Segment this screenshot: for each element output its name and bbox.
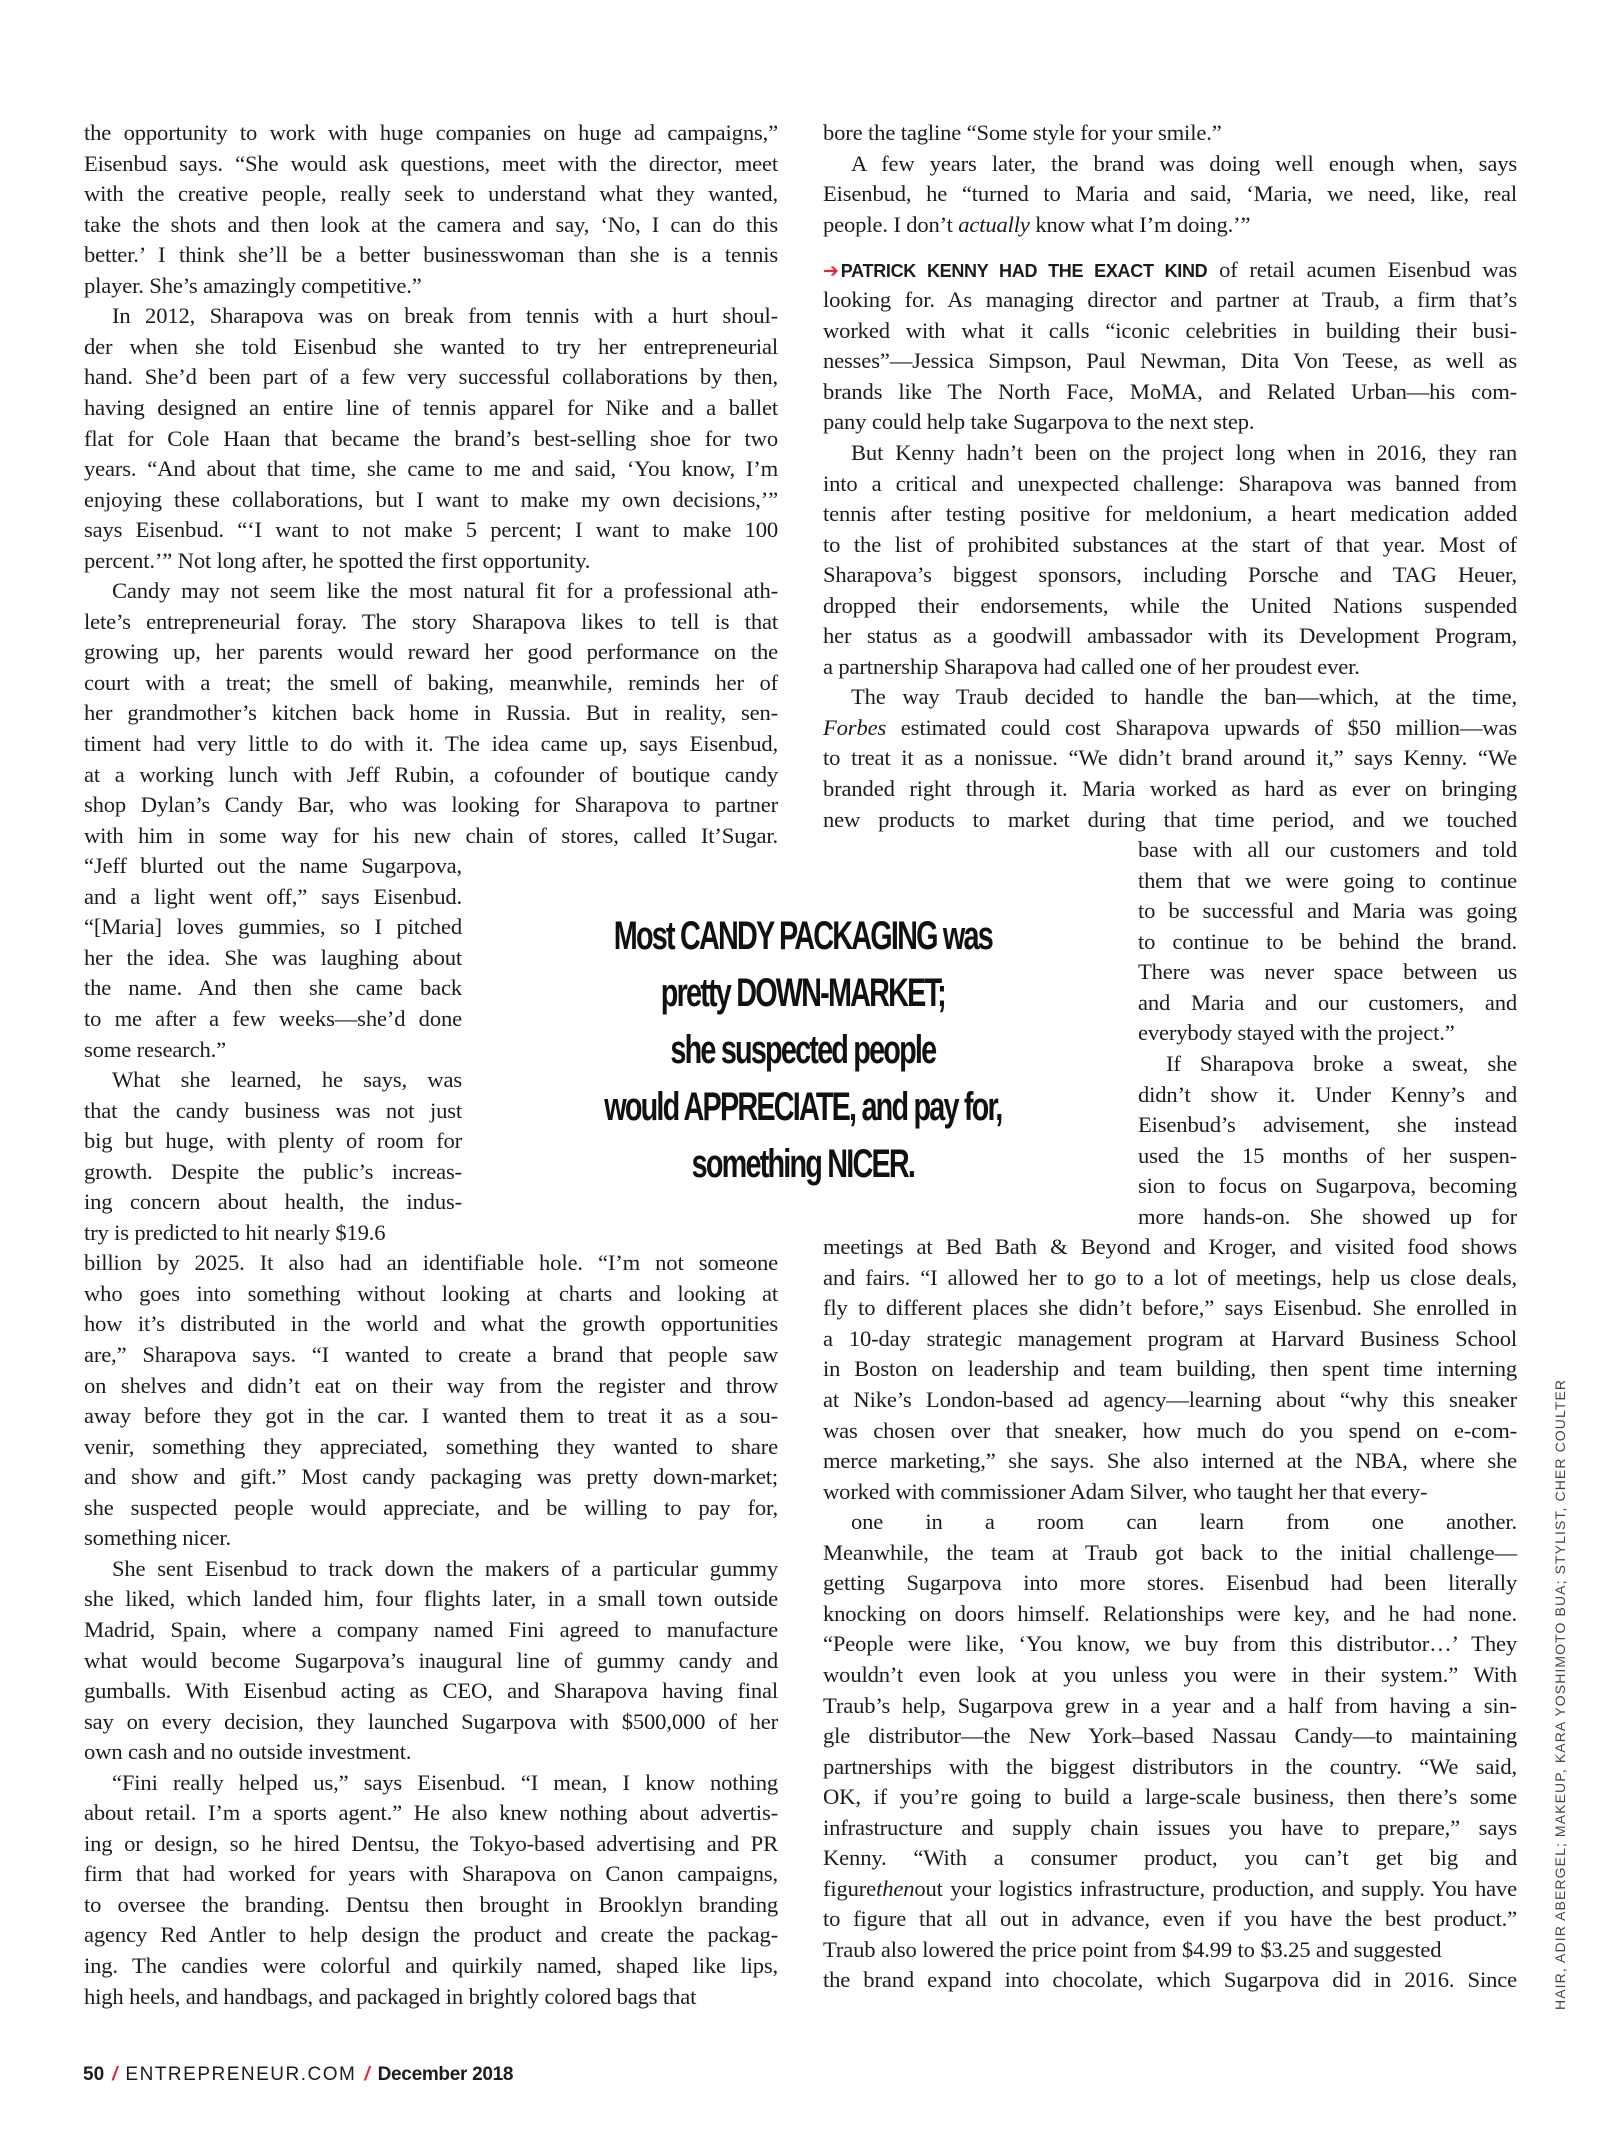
text-line: people. I don’t actually know what I’m d… [823,209,1517,240]
text-line: venir, something they appreciated, somet… [84,1431,778,1462]
text-line: Eisenbud says. “She would ask questions,… [84,148,778,179]
issue-date: December 2018 [378,2064,514,2085]
text-line: wouldn’t even look at you unless you wer… [823,1659,1517,1690]
text-line: worked with what it calls “iconic celebr… [823,315,1517,346]
text-line: at a working lunch with Jeff Rubin, a co… [84,759,778,790]
text-line: fly to different places she didn’t befor… [823,1292,1517,1323]
text-span: people. I don’t [823,212,958,237]
text-line: infrastructure and supply chain issues y… [823,1812,1517,1843]
text-line: branded right through it. Maria worked a… [823,773,1517,804]
italic-text: Forbes [823,715,886,740]
text-line: on shelves and didn’t eat on their way f… [84,1370,778,1401]
text-line: pany could help take Sugarpova to the ne… [823,406,1517,437]
pull-quote-line: she suspected people [580,1022,1026,1079]
text-line: big but huge, with plenty of room for [84,1125,462,1156]
text-line: gle distributor—the New York–based Nassa… [823,1720,1517,1751]
text-line: “[Maria] loves gummies, so I pitched [84,911,462,942]
text-line: “Jeff blurted out the name Sugarpova, [84,850,462,881]
text-line: everybody stayed with the project.” [1138,1017,1517,1048]
text-line: looking for. As managing director and pa… [823,284,1517,315]
text-line: brands like The North Face, MoMA, and Re… [823,376,1517,407]
text-line: her grandmother’s kitchen back home in R… [84,697,778,728]
text-line: hand. She’d been part of a few very succ… [84,361,778,392]
text-line: Meanwhile, the team at Traub got back to… [823,1537,1517,1568]
text-line: Traub’s help, Sugarpova grew in a year a… [823,1690,1517,1721]
text-line: with him in some way for his new chain o… [84,820,778,851]
text-line: and Maria and our customers, and [1138,987,1517,1018]
text-line: If Sharapova broke a sweat, she [1138,1048,1517,1079]
text-line: to figure that all out in advance, even … [823,1903,1517,1934]
text-line: her status as a goodwill ambassador with… [823,620,1517,651]
text-line: Forbes estimated could cost Sharapova up… [823,712,1517,743]
text-line: and fairs. “I allowed her to go to a lot… [823,1262,1517,1293]
text-line: OK, if you’re going to build a large-sca… [823,1781,1517,1812]
text-line: more hands-on. She showed up for [1138,1201,1517,1232]
lead-in-caps: PATRICK KENNY HAD THE EXACT KIND [841,261,1208,281]
text-line: with the creative people, really seek to… [84,178,778,209]
text-line: Sharapova’s biggest sponsors, including … [823,559,1517,590]
text-line: the brand expand into chocolate, which S… [823,1964,1517,1995]
text-line: and a light went off,” says Eisenbud. [84,881,462,912]
text-line: Candy may not seem like the most natural… [84,575,778,606]
text-line: a 10-day strategic management program at… [823,1323,1517,1354]
pull-quote-line: pretty DOWN-MARKET; [580,965,1026,1022]
lead-in-rest: of retail acumen Eisenbud was [1207,257,1517,282]
slash-divider-icon: / [364,2064,369,2085]
text-line: The way Traub decided to handle the ban—… [823,681,1517,712]
text-line: figurethenout your logistics infrastruct… [823,1873,1517,1904]
photo-credit: HAIR, ADIR ABERGEL; MAKEUP, KARA YOSHIMO… [1552,1340,1568,2010]
text-line: partnerships with the biggest distributo… [823,1751,1517,1782]
text-line: better.’ I think she’ll be a better busi… [84,239,778,270]
text-line: billion by 2025. It also had an identifi… [84,1247,778,1278]
text-line: lete’s entrepreneurial foray. The story … [84,606,778,637]
text-line: gumballs. With Eisenbud acting as CEO, a… [84,1675,778,1706]
text-line: flat for Cole Haan that became the brand… [84,423,778,454]
text-line: away before they got in the car. I wante… [84,1400,778,1431]
text-line: merce marketing,” she says. She also int… [823,1445,1517,1476]
pull-quote-line: something NICER. [580,1136,1026,1193]
text-line: Eisenbud’s advisement, she instead [1138,1109,1517,1140]
text-line: bore the tagline “Some style for your sm… [823,117,1517,148]
slash-divider-icon: / [112,2064,117,2085]
text-line: firm that had worked for years with Shar… [84,1858,778,1889]
text-line: used the 15 months of her suspen- [1138,1140,1517,1171]
text-span: out your logistics infrastructure, produ… [914,1876,1517,1901]
text-line: There was never space between us [1138,956,1517,987]
pull-quote-line: Most CANDY PACKAGING was [580,908,1026,965]
text-line: What she learned, he says, was [84,1064,462,1095]
text-line: “Fini really helped us,” says Eisenbud. … [84,1767,778,1798]
text-line: But Kenny hadn’t been on the project lon… [823,437,1517,468]
text-line: Kenny. “With a consumer product, you can… [823,1842,1517,1873]
pull-quote-line: would APPRECIATE, and pay for, [580,1079,1026,1136]
text-line: base with all our customers and told [1138,834,1517,865]
text-line: enjoying these collaborations, but I wan… [84,484,778,515]
text-line: some research.” [84,1034,462,1065]
text-line: shop Dylan’s Candy Bar, who was looking … [84,789,778,820]
text-line: “People were like, ‘You know, we buy fro… [823,1628,1517,1659]
page-footer: 50/ENTREPRENEUR.COM/December 2018 [83,2064,513,2086]
text-line: to be successful and Maria was going [1138,895,1517,926]
text-line: about retail. I’m a sports agent.” He al… [84,1797,778,1828]
text-line: to treat it as a nonissue. “We didn’t br… [823,742,1517,773]
text-line: Madrid, Spain, where a company named Fin… [84,1614,778,1645]
text-line: having designed an entire line of tennis… [84,392,778,423]
text-line: years. “And about that time, she came to… [84,453,778,484]
text-span: know what I’m doing.’” [1030,212,1251,237]
text-line: Traub also lowered the price point from … [823,1934,1517,1965]
text-line: she liked, which landed him, four flight… [84,1583,778,1614]
text-line: a partnership Sharapova had called one o… [823,651,1517,682]
pull-quote: Most CANDY PACKAGING was pretty DOWN-MAR… [642,908,962,1193]
text-line: getting Sugarpova into more stores. Eise… [823,1567,1517,1598]
text-line: court with a treat; the smell of baking,… [84,667,778,698]
text-line: ing or design, so he hired Dentsu, the T… [84,1828,778,1859]
section-lead-in: ➔PATRICK KENNY HAD THE EXACT KIND of ret… [823,254,1517,285]
text-line: own cash and no outside investment. [84,1736,778,1767]
arrow-right-icon: ➔ [823,260,839,282]
text-line: into a critical and unexpected challenge… [823,468,1517,499]
text-line: the name. And then she came back [84,972,462,1003]
text-line: the opportunity to work with huge compan… [84,117,778,148]
text-span: figure [823,1876,876,1901]
site-link[interactable]: ENTREPRENEUR.COM [125,2064,356,2085]
text-line: ing concern about health, the indus- [84,1186,462,1217]
text-line: A few years later, the brand was doing w… [823,148,1517,179]
italic-text: then [876,1876,914,1901]
text-line: them that we were going to continue [1138,865,1517,896]
text-line: that the candy business was not just [84,1095,462,1126]
text-line: are,” Sharapova says. “I wanted to creat… [84,1339,778,1370]
text-line: high heels, and handbags, and packaged i… [84,1981,778,2012]
text-line: was chosen over that sneaker, how much d… [823,1415,1517,1446]
text-line: to the list of prohibited substances at … [823,529,1517,560]
text-line: percent.’” Not long after, he spotted th… [84,545,778,576]
text-span: estimated could cost Sharapova upwards o… [886,715,1517,740]
text-line: she suspected people would appreciate, a… [84,1492,778,1523]
text-line: She sent Eisenbud to track down the make… [84,1553,778,1584]
text-line: at Nike’s London-based ad agency—learnin… [823,1384,1517,1415]
text-line: Eisenbud, he “turned to Maria and said, … [823,178,1517,209]
text-line: her the idea. She was laughing about [84,942,462,973]
text-line: in Boston on leadership and team buildin… [823,1353,1517,1384]
text-line: player. She’s amazingly competitive.” [84,270,778,301]
text-line: to continue to be behind the brand. [1138,926,1517,957]
text-line: growth. Despite the public’s increas- [84,1156,462,1187]
text-line: take the shots and then look at the came… [84,209,778,240]
text-line: say on every decision, they launched Sug… [84,1706,778,1737]
text-line: how it’s distributed in the world and wh… [84,1308,778,1339]
text-line: something nicer. [84,1522,778,1553]
text-line: timent had very little to do with it. Th… [84,728,778,759]
text-line: In 2012, Sharapova was on break from ten… [84,300,778,331]
text-line: to oversee the branding. Dentsu then bro… [84,1889,778,1920]
text-line: growing up, her parents would reward her… [84,636,778,667]
text-line: worked with commissioner Adam Silver, wh… [823,1476,1517,1507]
text-line: meetings at Bed Bath & Beyond and Kroger… [823,1231,1517,1262]
text-line: says Eisenbud. “‘I want to not make 5 pe… [84,514,778,545]
text-line: one in a room can learn from one another… [823,1506,1517,1537]
text-line: nesses”—Jessica Simpson, Paul Newman, Di… [823,345,1517,376]
text-line: try is predicted to hit nearly $19.6 [84,1217,462,1248]
text-line: agency Red Antler to help design the pro… [84,1919,778,1950]
text-line: dropped their endorsements, while the Un… [823,590,1517,621]
text-line: sion to focus on Sugarpova, becoming [1138,1170,1517,1201]
text-line: to me after a few weeks—she’d done [84,1003,462,1034]
page-number: 50 [83,2064,104,2085]
text-line: who goes into something without looking … [84,1278,778,1309]
text-line: and show and gift.” Most candy packaging… [84,1461,778,1492]
text-line: tennis after testing positive for meldon… [823,498,1517,529]
text-line: what would become Sugarpova’s inaugural … [84,1645,778,1676]
italic-text: actually [958,212,1030,237]
text-line: didn’t show it. Under Kenny’s and [1138,1079,1517,1110]
text-line: ing. The candies were colorful and quirk… [84,1950,778,1981]
text-line: knocking on doors himself. Relationships… [823,1598,1517,1629]
text-line: der when she told Eisenbud she wanted to… [84,331,778,362]
text-line: new products to market during that time … [823,804,1517,835]
